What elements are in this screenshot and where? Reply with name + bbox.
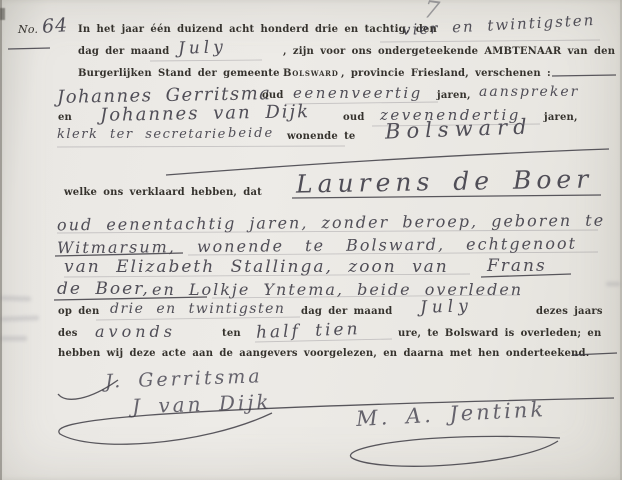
- bleedthrough-mark: [1, 336, 27, 341]
- written-line11a: de Boer,: [57, 279, 150, 299]
- printed-line7: welke ons verklaard hebben, dat: [64, 187, 262, 198]
- form-rule: [150, 60, 262, 61]
- printed-line3b: , provincie Friesland, verschenen :: [341, 68, 551, 79]
- written-declarant1-age: eenenveertig: [293, 84, 423, 102]
- death-record-page: 7 No. 64 In het jaar één duizend acht ho…: [0, 0, 622, 480]
- written-death-month: July: [420, 296, 473, 318]
- printed-jaren-1: jaren,: [437, 90, 471, 101]
- printed-line1: In het jaar één duizend acht honderd dri…: [78, 24, 437, 35]
- written-death-daypart: avonds: [95, 322, 176, 341]
- printed-line12a: op den: [58, 306, 99, 317]
- verschenen-dash: [552, 75, 616, 76]
- written-month: July: [178, 37, 227, 59]
- record-number-dash: [8, 48, 50, 49]
- printed-en: en: [58, 112, 72, 123]
- record-number-label: No.: [18, 23, 38, 36]
- printed-line2b: , zijn voor ons ondergeteekende AMBTENAA…: [283, 46, 615, 57]
- printed-jaren-2: jaren,: [544, 112, 578, 123]
- scan-corner-speck: [0, 8, 5, 20]
- printed-line13a: des: [58, 328, 78, 339]
- written-line9: Witmarsum, wonende te Bolsward, echtgeno…: [57, 234, 577, 258]
- form-rule: [57, 146, 345, 147]
- signature-declarant1: J. Gerritsma: [105, 365, 263, 392]
- written-declarant2-name: Johannes van Dijk: [100, 101, 310, 126]
- written-death-day: drie en twintigsten: [110, 301, 285, 317]
- written-deceased-name: Laurens de Boer: [296, 164, 594, 198]
- written-declarant1-occupation: aanspreker: [479, 84, 579, 100]
- signature-registrar: M. A. Jentink: [356, 397, 547, 431]
- written-beide: beide: [228, 126, 274, 141]
- record-number: 64: [41, 14, 69, 38]
- printed-wonende-te: wonende te: [287, 131, 356, 142]
- written-line8: oud eenentachtig jaren, zonder beroep, g…: [57, 211, 605, 235]
- written-father-name: Frans: [487, 256, 547, 276]
- bleedthrough-mark: [606, 282, 620, 286]
- printed-line12b: dag der maand: [301, 306, 392, 317]
- bleedthrough-mark: [1, 315, 39, 321]
- written-declarant2-occupation: klerk ter secretarie: [57, 127, 227, 142]
- printed-line13b: ten: [222, 328, 241, 339]
- printed-line14: hebben wij deze acte aan de aangevers vo…: [58, 348, 589, 359]
- printed-line13c: ure, te Bolsward is overleden; en: [398, 328, 601, 339]
- signature-declarant2: J van Dijk: [132, 390, 272, 419]
- form-rule: [380, 40, 600, 42]
- printed-line12c: dezes jaars: [536, 306, 603, 317]
- printed-line2a: dag der maand: [78, 46, 169, 57]
- form-rule: [96, 317, 300, 320]
- printed-municipality: Bolsward: [283, 68, 339, 79]
- scan-edge-left: [0, 0, 2, 480]
- written-line10: van Elizabeth Stallinga, zoon van: [64, 257, 449, 277]
- written-declarants-residence: Bolsward: [385, 114, 533, 143]
- bleedthrough-mark: [1, 295, 31, 301]
- signature3-flourish: [350, 436, 560, 466]
- printed-oud-1: oud: [262, 90, 284, 101]
- printed-oud-2: oud: [343, 112, 365, 123]
- written-death-time: half tien: [256, 319, 361, 343]
- printed-line3a: Burgerlijken Stand der gemeente: [78, 68, 280, 79]
